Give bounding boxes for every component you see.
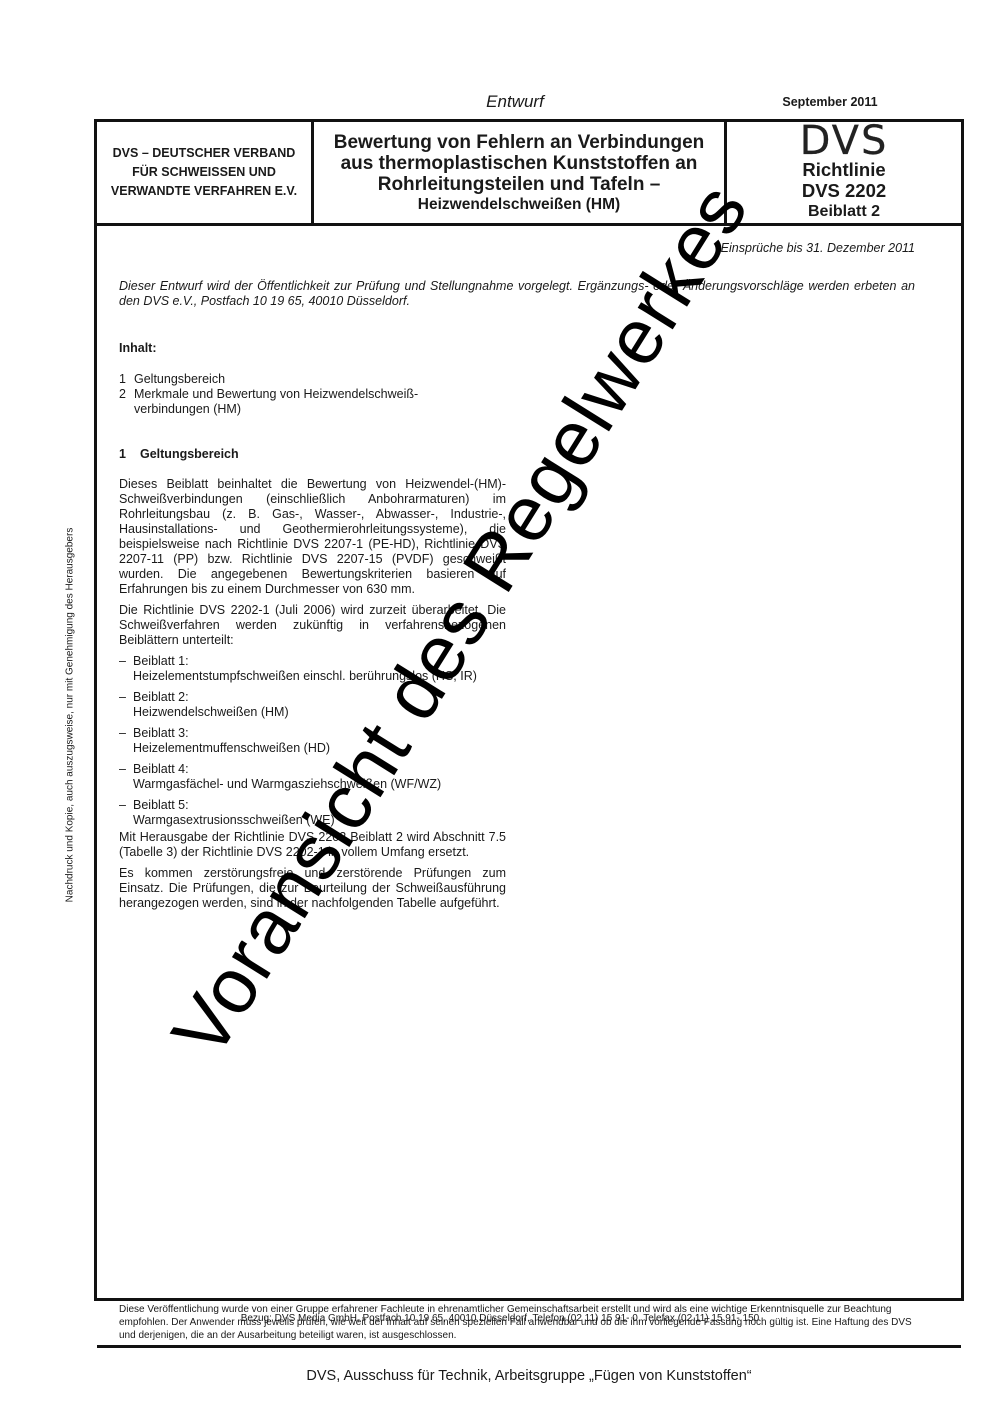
toc-number: 2 [119,387,134,417]
list-text: Heizelementmuffenschweißen (HD) [133,741,330,755]
dash-bullet: – [119,726,133,756]
paragraph: Die Richtlinie DVS 2202-1 (Juli 2006) wi… [119,603,506,648]
list-text: Warmgasfächel- und Warmgasziehschweißen … [133,777,441,791]
document-header: DVS – DEUTSCHER VERBAND FÜR SCHWEISSEN U… [97,122,961,226]
document-identifier: DVS Richtlinie DVS 2202 Beiblatt 2 [727,122,961,223]
toc-text: Merkmale und Bewertung von Heizwendelsch… [134,387,464,417]
list-text: Heizelementstumpfschweißen einschl. berü… [133,669,477,683]
ordering-info: Bezug: DVS Media GmbH, Postfach 10 19 65… [0,1313,1000,1324]
document-subtitle: Heizwendelschweißen (HM) [418,195,620,214]
list-item: – Beiblatt 4:Warmgasfächel- und Warmgasz… [119,762,506,792]
org-line: FÜR SCHWEISSEN UND [132,163,276,182]
objection-deadline: Einsprüche bis 31. Dezember 2011 [597,241,915,255]
toc-text: Geltungsbereich [134,372,225,387]
issue-date: September 2011 [760,95,900,109]
list-text: Heizwendelschweißen (HM) [133,705,289,719]
title-line: Rohrleitungsteilen und Tafeln – [378,174,661,195]
list-item: – Beiblatt 1:Heizelementstumpfschweißen … [119,654,506,684]
list-label: Beiblatt 2: [133,690,189,704]
section-heading: 1 Geltungsbereich [119,447,506,462]
organization-name: DVS – DEUTSCHER VERBAND FÜR SCHWEISSEN U… [97,122,314,223]
document-title: Bewertung von Fehlern an Verbindungen au… [314,122,727,223]
list-item: – Beiblatt 3:Heizelementmuffenschweißen … [119,726,506,756]
title-line: Bewertung von Fehlern an Verbindungen [334,132,705,153]
list-item: – Beiblatt 2:Heizwendelschweißen (HM) [119,690,506,720]
document-frame: DVS – DEUTSCHER VERBAND FÜR SCHWEISSEN U… [94,119,964,1301]
list-label: Beiblatt 3: [133,726,189,740]
document-type: Richtlinie [802,159,885,180]
list-label: Beiblatt 5: [133,798,189,812]
section-number: 1 [119,447,140,462]
list-label: Beiblatt 4: [133,762,189,776]
list-item: – Beiblatt 5:Warmgasextrusionsschweißen … [119,798,506,828]
dash-bullet: – [119,690,133,720]
org-line: VERWANDTE VERFAHREN E.V. [111,182,297,201]
side-copyright-note: Nachdruck und Kopie, auch auszugsweise, … [65,528,76,903]
list-text: Warmgasextrusionsschweißen (WE) [133,813,335,827]
list-label: Beiblatt 1: [133,654,189,668]
document-number: DVS 2202 [802,180,886,201]
dash-bullet: – [119,762,133,792]
left-column: Inhalt: 1 Geltungsbereich 2 Merkmale und… [119,341,506,917]
toc-item: 2 Merkmale und Bewertung von Heizwendels… [119,387,506,417]
toc-item: 1 Geltungsbereich [119,372,506,387]
paragraph: Dieses Beiblatt beinhaltet die Bewertung… [119,477,506,597]
status-label: Entwurf [440,92,590,112]
contents-heading: Inhalt: [119,341,506,356]
dash-bullet: – [119,654,133,684]
draft-notice: Dieser Entwurf wird der Öffentlichkeit z… [119,279,915,309]
section-title: Geltungsbereich [140,447,239,462]
dash-bullet: – [119,798,133,828]
org-line: DVS – DEUTSCHER VERBAND [113,144,296,163]
toc-number: 1 [119,372,134,387]
committee-line: DVS, Ausschuss für Technik, Arbeitsgrupp… [97,1345,961,1404]
paragraph: Es kommen zerstörungsfreie und zerstören… [119,866,506,911]
dvs-logo-icon: DVS [800,123,889,159]
title-line: aus thermoplastischen Kunststoffen an [341,153,698,174]
paragraph: Mit Herausgabe der Richtlinie DVS 2202 B… [119,830,506,860]
supplement-number: Beiblatt 2 [808,201,880,222]
